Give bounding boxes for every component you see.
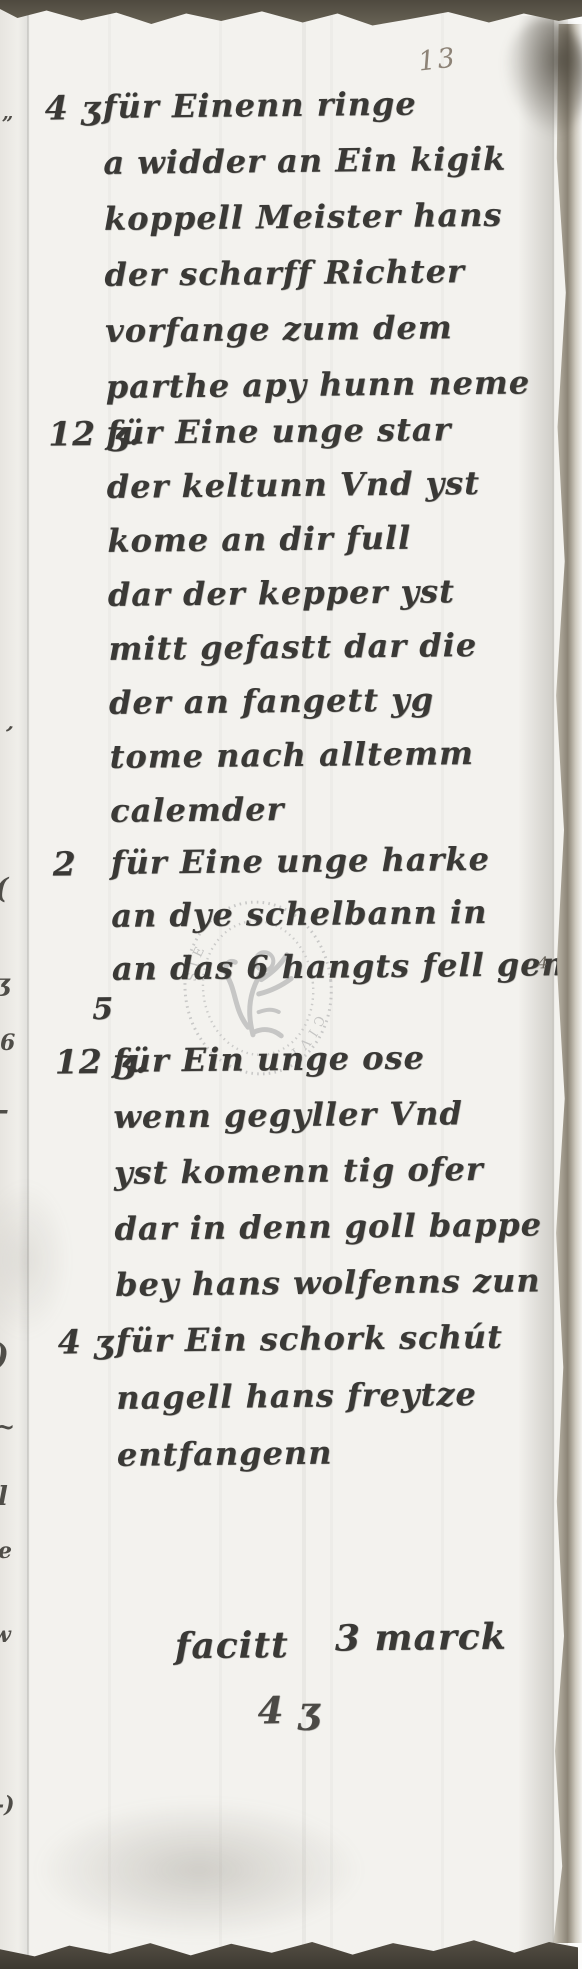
entry-line: der keltunn Vnd yst: [107, 464, 528, 522]
total-value: 3 marck: [335, 1616, 507, 1660]
ledger-entry-4: 12 ʒ. für Ein unge ose wenn gegyller Vnd…: [55, 1037, 536, 1322]
gutter-ink-fragment: (: [0, 872, 8, 905]
entry-line: für Einenn ringe: [103, 84, 524, 144]
entry-line: tome nach alltemm: [109, 733, 530, 791]
gutter-ink-fragment: ): [0, 1336, 9, 1374]
entry-line: der scharff Richter: [104, 252, 525, 312]
entry-line: koppell Meister hans: [104, 196, 525, 256]
entry-line: dar der kepper yst: [108, 571, 529, 629]
entry-line: calemder: [110, 787, 531, 845]
entry-line: entfangenn: [117, 1431, 538, 1492]
total-amount: 4 ʒ: [257, 1688, 320, 1733]
handwriting-layer: 13 4 ʒ für Einenn ringe a widder an Ein …: [0, 0, 582, 1969]
gutter-ink-fragment: ʒ: [0, 968, 10, 997]
gutter-ink-fragment: ~: [0, 1412, 15, 1441]
manuscript-scan: SIE CIVI 13 4 ʒ für Einenn ringe a widde…: [0, 0, 582, 1969]
total-label: facitt: [175, 1624, 289, 1667]
entry-line: für Ein unge ose: [113, 1037, 534, 1097]
entry-amount: 4 ʒ: [45, 88, 102, 128]
entry-line: für Eine unge star: [106, 410, 527, 468]
entry-line: kome an dir full: [107, 518, 528, 576]
entry-line: yst komenn tig ofer: [114, 1149, 535, 1209]
entry-line: an dye schelbann in: [111, 892, 532, 949]
ledger-entry-1: 4 ʒ für Einenn ringe a widder an Ein kig…: [45, 84, 526, 425]
entry-line: für Eine unge harke: [111, 839, 532, 896]
ledger-entry-3: 2 für Eine unge harke an dye schelbann i…: [53, 839, 533, 1003]
gutter-ink-fragment: l: [0, 1482, 8, 1512]
entry-line: bey hans wolfenns zun: [115, 1261, 536, 1321]
entry-line: mitt gefastt dar die: [108, 625, 529, 683]
folio-number: 13: [417, 42, 459, 77]
gutter-ink-fragment: -: [0, 1096, 9, 1126]
gutter-ink-fragment: e: [0, 1538, 12, 1564]
entry-amount: 12 ʒ.: [55, 1042, 148, 1082]
entry-amount: 2: [53, 844, 77, 883]
entry-line: an das 6 hangts fell gem: [112, 945, 533, 1002]
entry-line: der an fangett yg: [109, 679, 530, 737]
entry-line: a widder an Ein kigik: [103, 140, 524, 200]
ledger-entry-5: 4 ʒ für Ein schork schút nagell hans fre…: [58, 1317, 538, 1493]
gutter-ink-fragment: w: [0, 1622, 11, 1648]
ledger-entry-2: 12 ʒ. für Eine unge star der keltunn Vnd…: [48, 410, 530, 847]
gutter-ink-fragment: „: [2, 100, 14, 124]
entry-line: für Ein schork schút: [116, 1317, 537, 1378]
gutter-ink-fragment: 6: [0, 1030, 15, 1056]
entry-amount: 4 ʒ: [58, 1322, 115, 1362]
dark-blotch-top-right: [504, 18, 582, 138]
entry-3-note: 5: [92, 992, 114, 1027]
entry-line: wenn gegyller Vnd: [113, 1093, 534, 1153]
entry-amount: 12 ʒ.: [48, 414, 141, 454]
entry-line: vorfange zum dem: [105, 308, 526, 368]
page-right-shadow: [518, 16, 554, 1951]
entry-line: dar in denn goll bappe: [114, 1205, 535, 1265]
entry-line: nagell hans freytze: [116, 1374, 537, 1435]
gutter-ink-fragment: -): [0, 1792, 15, 1818]
